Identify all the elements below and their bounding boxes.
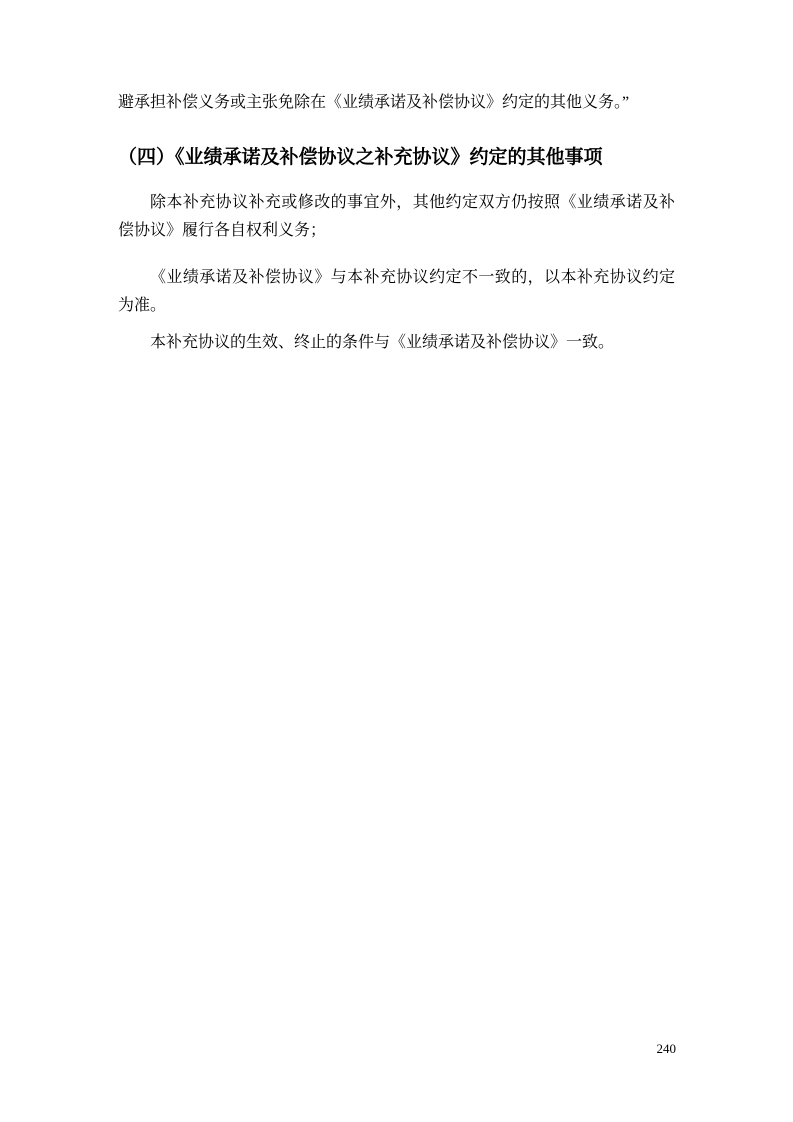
section-heading: （四）《业绩承诺及补偿协议之补充协议》约定的其他事项 xyxy=(118,143,675,173)
body-paragraph-2: 《业绩承诺及补偿协议》与本补充协议约定不一致的，以本补充协议约定为准。 xyxy=(118,264,675,320)
document-page: 避承担补偿义务或主张免除在《业绩承诺及补偿协议》约定的其他义务。” （四）《业绩… xyxy=(0,0,793,1122)
body-paragraph-3: 本补充协议的生效、终止的条件与《业绩承诺及补偿协议》一致。 xyxy=(118,329,675,357)
page-number: 240 xyxy=(657,1041,677,1056)
continuation-paragraph: 避承担补偿义务或主张免除在《业绩承诺及补偿协议》约定的其他义务。” xyxy=(118,89,675,117)
body-paragraph-1: 除本补充协议补充或修改的事宜外，其他约定双方仍按照《业绩承诺及补偿协议》履行各自… xyxy=(118,189,675,245)
page-content: 避承担补偿义务或主张免除在《业绩承诺及补偿协议》约定的其他义务。” （四）《业绩… xyxy=(118,89,675,357)
